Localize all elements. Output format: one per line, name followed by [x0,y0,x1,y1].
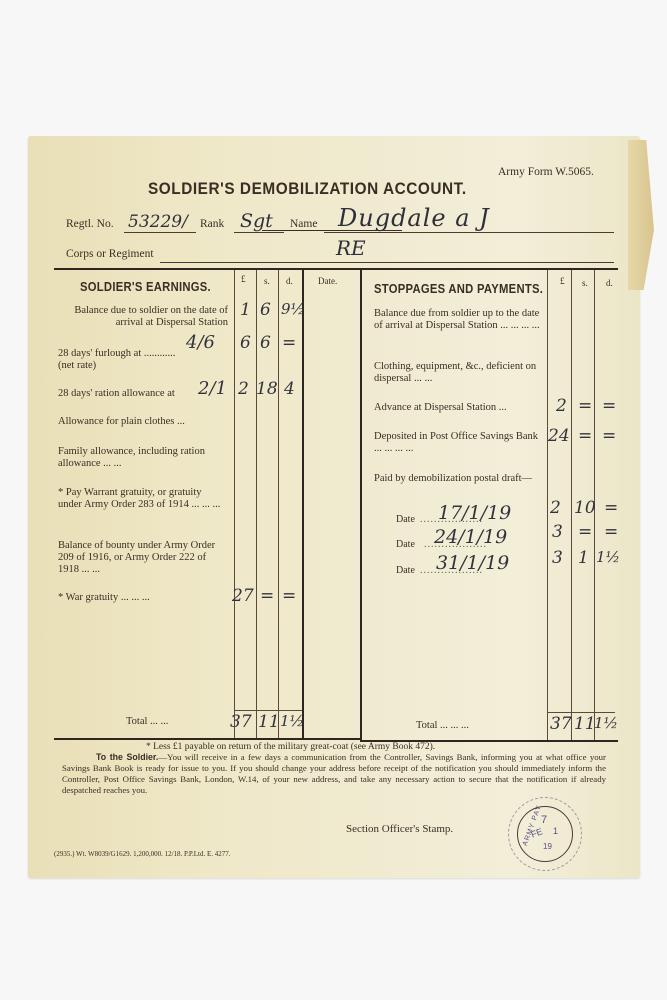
stamp-year: 19 [543,842,552,851]
earnings-row-shillings: = [260,586,274,606]
stoppages-total-pence: 1½ [594,714,618,732]
stoppages-row-pence: = [602,426,616,446]
stoppages-total-label: Total ... ... ... [416,720,469,731]
stoppages-shillings-col-line [571,270,572,740]
earnings-pounds-header: £ [241,274,246,284]
earnings-row-label: * War gratuity ... ... ... [58,592,228,604]
stoppages-row-pence: = [602,396,616,416]
draft-pounds: 3 [552,522,563,542]
earnings-row-pounds: 2 [238,379,249,399]
draft-shillings: = [578,522,592,542]
draft-date-label: Date [396,539,415,550]
earnings-row-label: 28 days' ration allowance at [58,388,208,400]
earnings-total-shillings: 11 [258,712,280,732]
earnings-total-label: Total ... ... [126,716,168,727]
earnings-row-pence: 4 [284,379,295,399]
stoppages-row-label: Balance due from soldier up to the date … [374,308,544,332]
rank-value: Sgt [240,210,273,232]
draft-pounds: 2 [550,498,561,518]
stoppages-row-label: Clothing, equipment, &c., deficient on d… [374,361,544,385]
form-number: Army Form W.5065. [498,166,594,178]
earnings-total-pence: 1½ [280,712,304,730]
earnings-row-pence: = [282,333,296,353]
page-title: SOLDIER'S DEMOBILIZATION ACCOUNT. [148,180,467,199]
earnings-row-label: Family allowance, including ration allow… [58,446,228,470]
draft-shillings: 1 [578,548,589,568]
earnings-shillings-col-line [256,270,257,740]
rank-line [234,232,284,233]
name-value: Dugdale a J [338,204,490,232]
earnings-row-rate: 2/1 [198,378,227,399]
earnings-row-shillings: 6 [260,333,271,353]
name-line [324,232,614,233]
draft-date-value: 31/1/19 [436,552,509,574]
earnings-pounds-col-line [234,270,235,740]
earnings-row-label: Balance of bounty under Army Order 209 o… [58,540,228,576]
printer-line: (2935.) Wt. W8039/G1629. 1,200,000. 12/1… [54,850,231,858]
stamp-label: Section Officer's Stamp. [346,823,453,835]
draft-pounds: 3 [552,548,563,568]
draft-date-value: 17/1/19 [438,502,511,524]
postal-draft-label: Paid by demobilization postal draft— [374,473,544,485]
date-header: Date. [318,276,337,286]
earnings-total-rule [234,710,302,711]
earnings-pence-header: d. [286,276,293,286]
stoppages-pence-header: d. [606,278,613,288]
corps-value: RE [336,236,366,260]
table-bottom-rule-left [54,738,362,740]
stamp-day: 7 [541,814,547,826]
stoppages-total-pounds: 37 [550,714,572,734]
earnings-row-pence: 9½ [281,300,305,318]
stoppages-heading: STOPPAGES AND PAYMENTS. [374,282,543,296]
draft-date-label: Date [396,514,415,525]
draft-pence: = [604,498,618,518]
earnings-row-pounds: 1 [240,300,251,320]
earnings-row-pounds: 6 [240,333,251,353]
earnings-row-label: * Pay Warrant gratuity, or gratuity unde… [58,487,228,511]
earnings-row-pounds: 27 [232,586,254,606]
footnote: * Less £1 payable on return of the milit… [146,742,435,752]
stoppages-row-label: Deposited in Post Office Savings Bank ..… [374,431,544,455]
corps-label: Corps or Regiment [66,248,154,260]
earnings-row-pence: = [282,586,296,606]
earnings-row-label: 28 days' furlough at ............ (net r… [58,348,178,372]
table-top-rule [54,268,618,270]
stoppages-shillings-header: s. [582,278,588,288]
regtl-no-label: Regtl. No. [66,218,114,230]
earnings-heading: SOLDIER'S EARNINGS. [80,280,211,294]
draft-shillings: 10 [574,498,596,518]
stoppages-row-label: Advance at Dispersal Station ... [374,402,544,414]
paper-torn-edge [628,140,654,290]
draft-pence: 1½ [596,548,620,566]
stoppages-row-pounds: 24 [548,426,570,446]
draft-date-label: Date [396,565,415,576]
stoppages-pounds-col-line [547,270,548,740]
army-pay-stamp: ARMY PAY 7 FE 1 19 [508,797,582,871]
name-label: Name [290,218,317,230]
earnings-total-pounds: 37 [230,712,252,732]
stoppages-total-shillings: 11 [574,714,596,734]
stoppages-total-rule [547,712,615,713]
rank-label: Rank [200,218,224,230]
stoppages-pounds-header: £ [560,276,565,286]
stamp-day2: 1 [553,826,558,836]
notice-lead: To the Soldier. [96,752,158,762]
regtl-no-line [124,232,196,233]
draft-date-value: 24/1/19 [434,526,507,548]
earnings-row-label: Allowance for plain clothes ... [58,416,228,428]
regtl-no-value: 53229/ [128,212,188,232]
earnings-row-label: Balance due to soldier on the date of ar… [58,305,228,329]
earnings-pence-col-line [278,270,279,740]
earnings-date-col-line [302,270,304,740]
draft-pence: = [604,522,618,542]
stoppages-row-shillings: = [578,426,592,446]
earnings-row-shillings: 6 [260,300,271,320]
corps-line [160,262,614,263]
earnings-row-rate: 4/6 [186,332,215,353]
stoppages-row-shillings: = [578,396,592,416]
earnings-row-shillings: 18 [256,379,278,399]
earnings-shillings-header: s. [264,276,270,286]
stoppages-left-line [360,270,362,738]
notice-to-soldier: To the Soldier.—You will receive in a fe… [62,752,606,796]
stoppages-row-pounds: 2 [556,396,567,416]
